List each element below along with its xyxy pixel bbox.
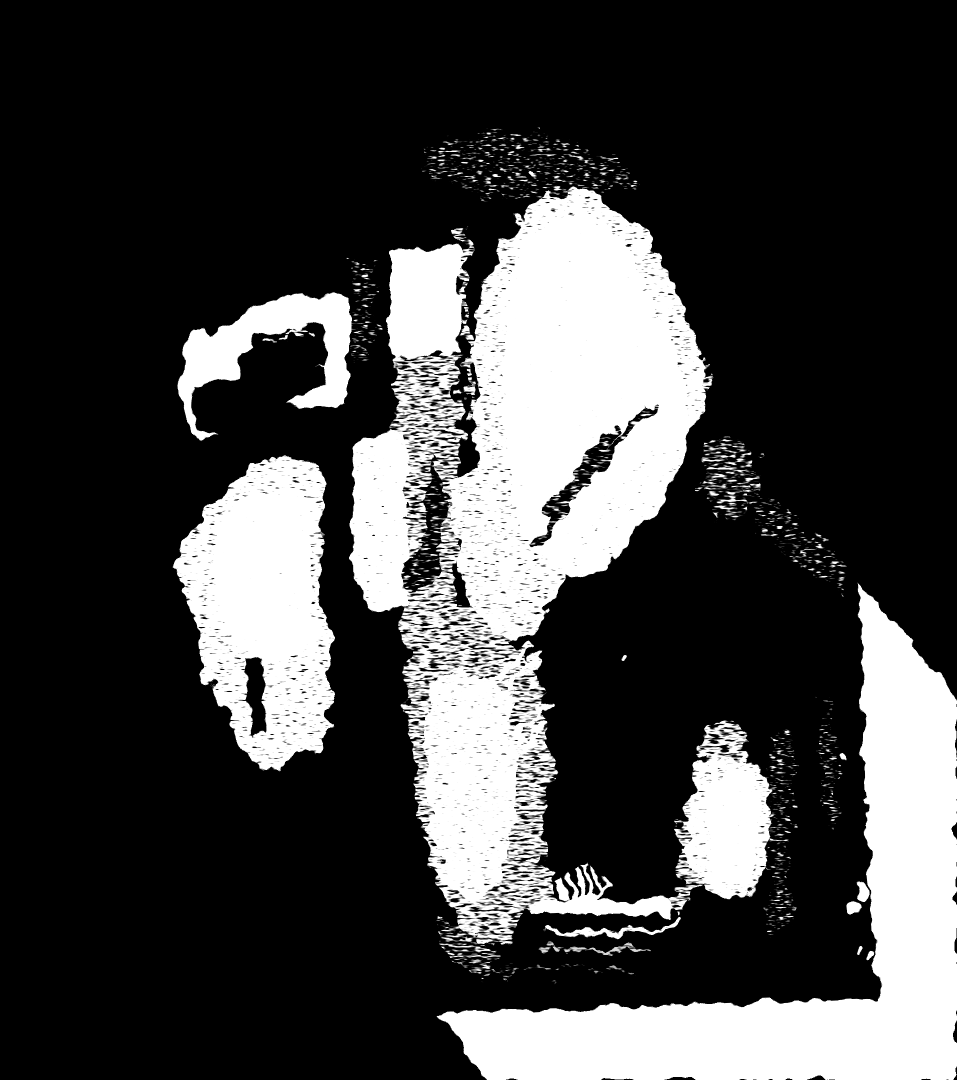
artwork-photo	[0, 0, 957, 1080]
left-blob-core	[214, 492, 318, 660]
top-rectangle-stroke	[389, 246, 460, 357]
boat-band	[526, 899, 673, 916]
artwork-canvas	[0, 0, 957, 1080]
column-solid-stroke	[352, 430, 406, 610]
right-blob-core	[706, 773, 759, 886]
column-top-striations	[349, 261, 375, 363]
